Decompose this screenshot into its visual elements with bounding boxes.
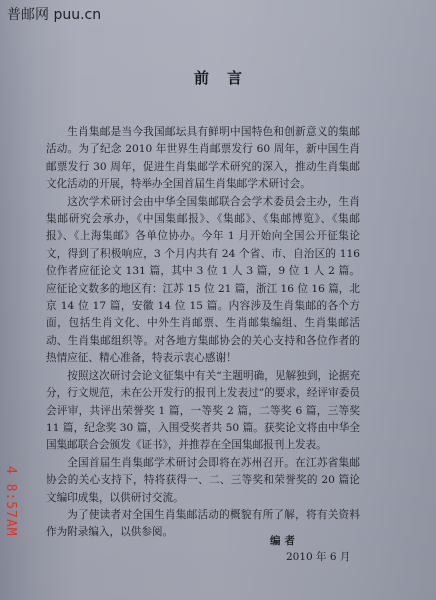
paragraph: 全国首届生肖集邮学术研讨会即将在苏州召开。在江苏省集邮协会的关心支持下，特将获得…	[46, 455, 360, 507]
site-watermark: 普邮网 puu.cn	[7, 4, 101, 24]
paragraph: 为了使读者对全国生肖集邮活动的概貌有所了解，将有关资料作为附录编入，以供参阅。	[46, 507, 360, 542]
preface-body: 生肖集邮是当今我国邮坛具有鲜明中国特色和创新意义的集邮活动。为了纪念 2010 …	[46, 124, 360, 542]
author-signature: 编者	[270, 533, 299, 548]
paragraph: 按照这次研讨会论文征集中有关“主题明确，见解独到，论据充分，行文规范，未在公开发…	[46, 368, 360, 455]
signature-date: 2010 年 6 月	[286, 549, 350, 564]
paragraph: 这次学术研讨会由中华全国集邮联合会学术委员会主办，生肖集邮研究会承办，《中国集邮…	[46, 194, 360, 368]
paragraph: 生肖集邮是当今我国邮坛具有鲜明中国特色和创新意义的集邮活动。为了纪念 2010 …	[46, 124, 360, 194]
camera-timestamp: 4 8:57AM	[3, 466, 18, 537]
page-title: 前言	[0, 67, 436, 88]
